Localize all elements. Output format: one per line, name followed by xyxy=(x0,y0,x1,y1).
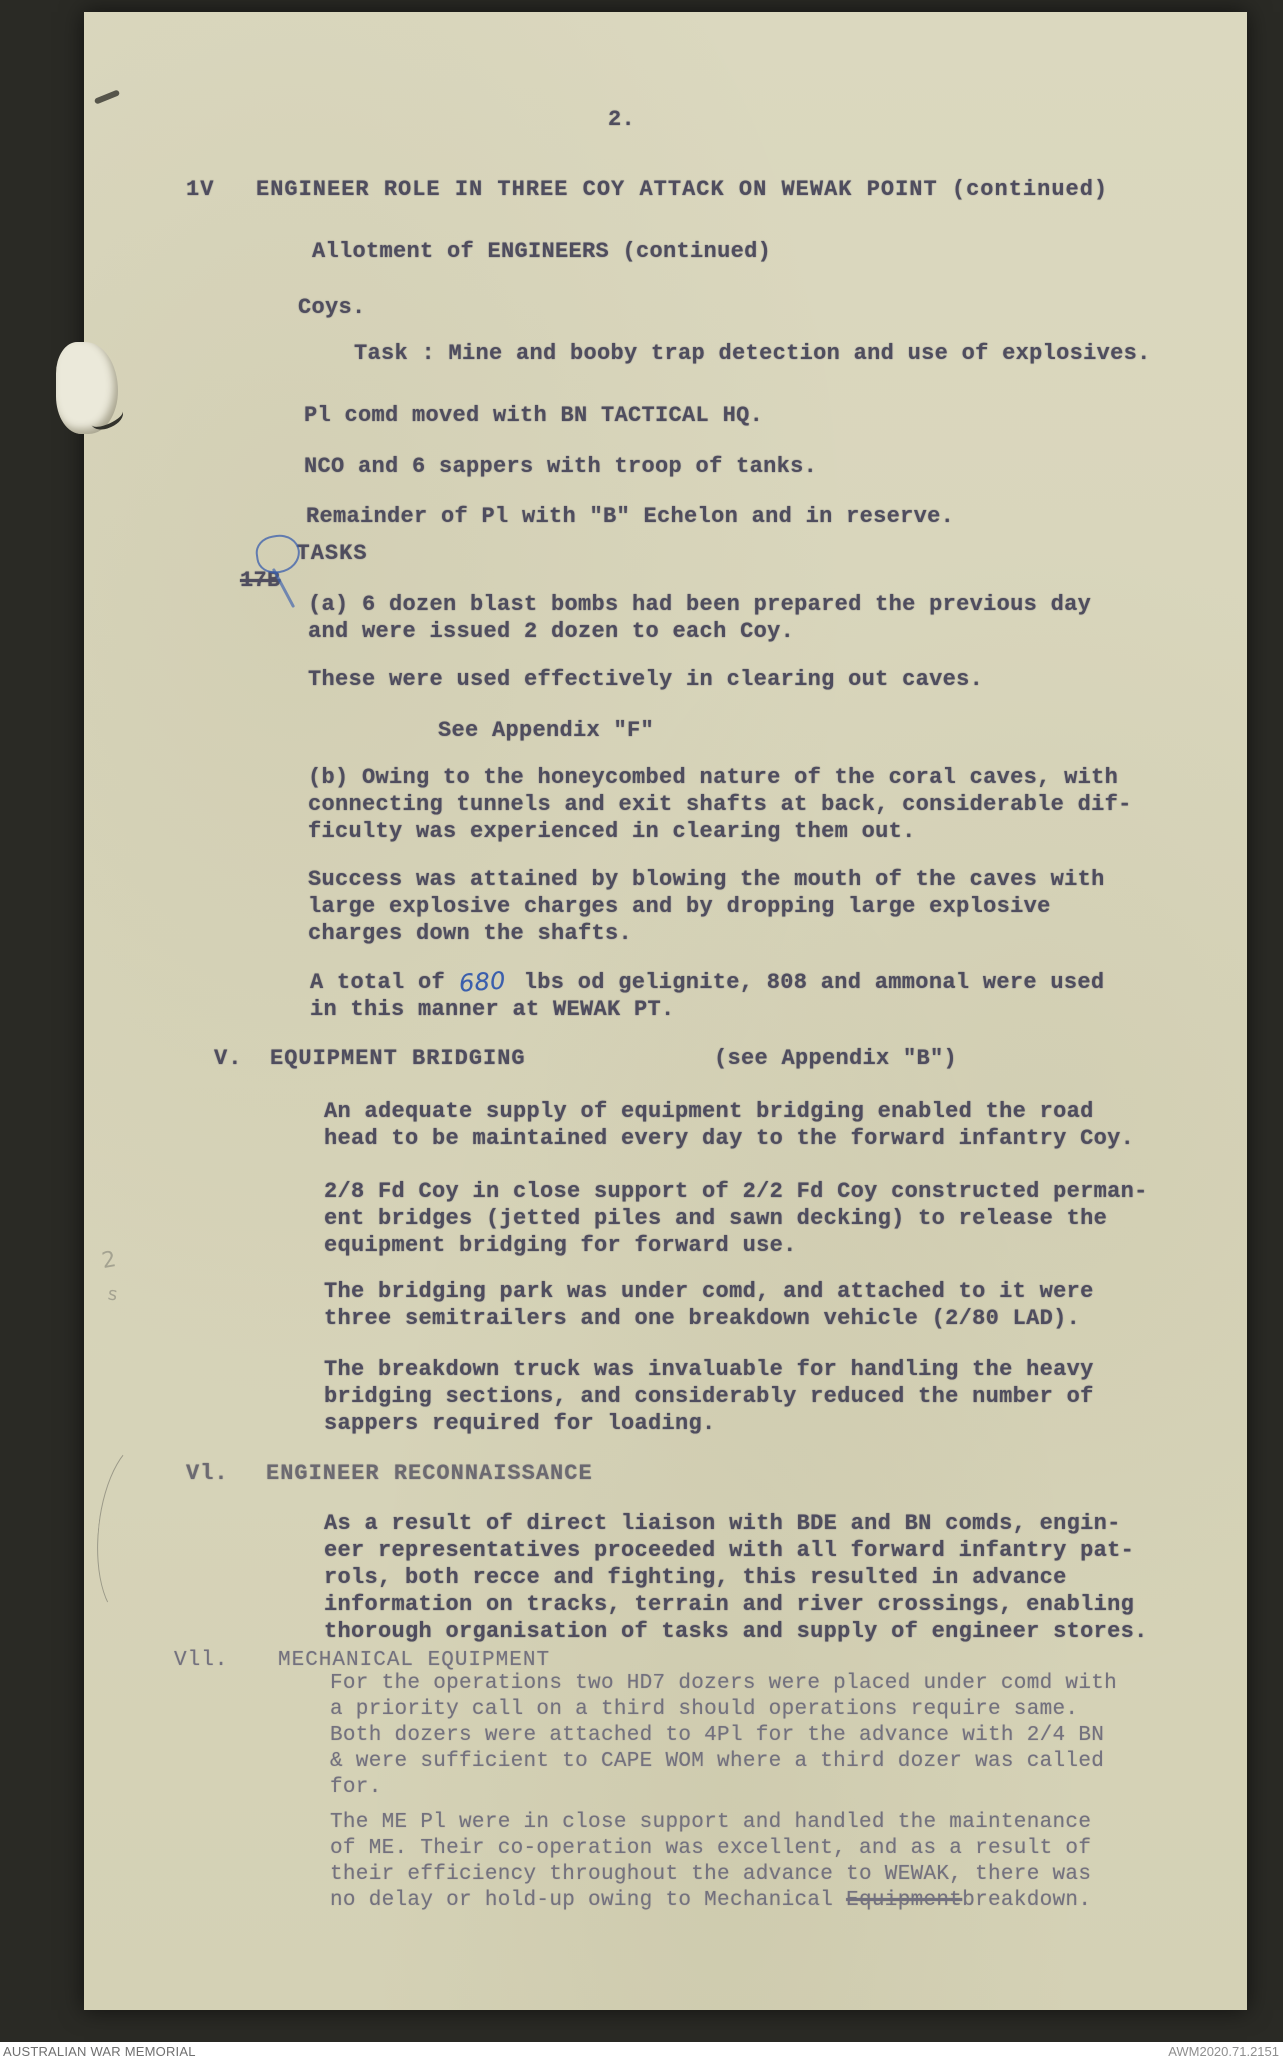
ink-smudge-mark xyxy=(94,89,120,104)
remainder-line: Remainder of Pl with "B" Echelon and in … xyxy=(306,503,954,530)
task-line: Task : Mine and booby trap detection and… xyxy=(354,340,1151,367)
pencil-note: s xyxy=(107,1283,119,1305)
section-iv-title: ENGINEER ROLE IN THREE COY ATTACK ON WEW… xyxy=(256,176,1108,203)
section-iv-number: 1V xyxy=(186,176,214,203)
archive-name-label: AUSTRALIAN WAR MEMORIAL xyxy=(3,2044,196,2059)
paragraph-honeycombed: (b) Owing to the honeycombed nature of t… xyxy=(308,764,1132,845)
paragraph-bridging-park: The bridging park was under comd, and at… xyxy=(324,1278,1094,1332)
paragraph-total-line2: in this manner at WEWAK PT. xyxy=(310,996,675,1023)
paragraph-reconnaissance: As a result of direct liaison with BDE a… xyxy=(324,1510,1148,1645)
section-vi-number: Vl. xyxy=(186,1460,229,1487)
paragraph-adequate-supply: An adequate supply of equipment bridging… xyxy=(324,1098,1134,1152)
scanned-document-page: 2 s 2. 1V ENGINEER ROLE IN THREE COY ATT… xyxy=(0,0,1283,2061)
archive-credit-strip: AUSTRALIAN WAR MEMORIAL AWM2020.71.2151 xyxy=(0,2042,1283,2061)
struck-marker: 17B xyxy=(240,540,281,648)
coys-line: Coys. xyxy=(298,294,366,321)
total-before-text: A total of xyxy=(310,969,445,996)
pencil-stray-line xyxy=(89,1436,188,1625)
me-last-tail-text: breakdown. xyxy=(962,1888,1091,1914)
pl-comd-line: Pl comd moved with BN TACTICAL HQ. xyxy=(304,402,763,429)
section-v-title: EQUIPMENT BRIDGING xyxy=(270,1045,526,1072)
handwritten-amount: 680 xyxy=(458,967,506,997)
nco-line: NCO and 6 sappers with troop of tanks. xyxy=(304,453,817,480)
page-number: 2. xyxy=(608,106,635,133)
section-vii-number: Vll. xyxy=(174,1648,228,1674)
me-last-before-text: no delay or hold-up owing to Mechanical xyxy=(330,1888,846,1914)
paper-sheet: 2 s 2. 1V ENGINEER ROLE IN THREE COY ATT… xyxy=(84,12,1247,2010)
pencil-note: 2 xyxy=(100,1247,118,1274)
paragraph-dozers: For the operations two HD7 dozers were p… xyxy=(330,1671,1117,1801)
allotment-line: Allotment of ENGINEERS (continued) xyxy=(312,238,771,265)
struck-equipment-word: Equipment xyxy=(846,1888,962,1914)
paragraph-2-8-fd-coy: 2/8 Fd Coy in close support of 2/2 Fd Co… xyxy=(324,1178,1148,1259)
paragraph-success: Success was attained by blowing the mout… xyxy=(308,866,1105,947)
paragraph-me-last-line: no delay or hold-up owing to Mechanical … xyxy=(330,1888,1091,1914)
total-after-text: lbs od gelignite, 808 and ammonal were u… xyxy=(524,969,1105,996)
see-appendix-f: See Appendix "F" xyxy=(438,717,654,744)
paragraph-caves: These were used effectively in clearing … xyxy=(308,666,983,693)
paragraph-blast-bombs: (a) 6 dozen blast bombs had been prepare… xyxy=(308,591,1091,645)
accession-number-label: AWM2020.71.2151 xyxy=(1168,2044,1279,2059)
section-v-number: V. xyxy=(214,1045,242,1072)
section-v-appendix-note: (see Appendix "B") xyxy=(714,1045,957,1072)
paragraph-total-line1: A total of 680 lbs od gelignite, 808 and… xyxy=(310,969,1104,996)
section-vi-title: ENGINEER RECONNAISSANCE xyxy=(266,1460,593,1487)
paragraph-me-platoon: The ME Pl were in close support and hand… xyxy=(330,1810,1091,1888)
paragraph-breakdown-truck: The breakdown truck was invaluable for h… xyxy=(324,1356,1094,1437)
